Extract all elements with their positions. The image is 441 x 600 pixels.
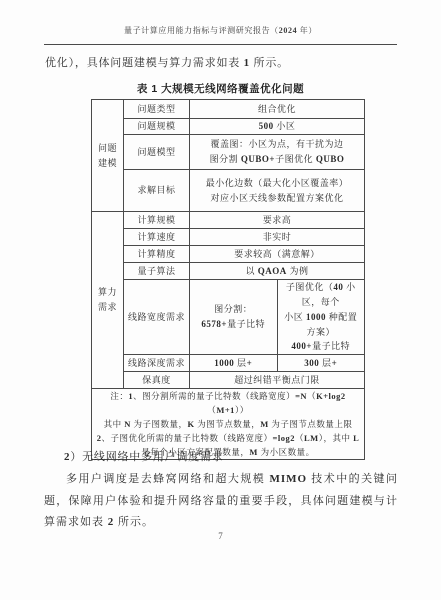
table-row: 线路深度需求 1000 层+ 300 层+ bbox=[92, 355, 365, 372]
value-line: 图分割 QUBO+子图优化 QUBO bbox=[192, 152, 362, 167]
value-line: 6578+量子比特 bbox=[192, 317, 275, 332]
label-compute-precision: 计算精度 bbox=[124, 246, 190, 263]
value-circuit-depth-subgraph: 300 层+ bbox=[277, 355, 365, 372]
label-compute-scale: 计算规模 bbox=[124, 212, 190, 229]
value-line: 子图优化（40 小区，每个 bbox=[280, 280, 363, 310]
table-row: 量子算法 以 QAOA 为例 bbox=[92, 263, 365, 280]
value-solve-goal: 最小化边数（最大化小区覆盖率） 对应小区天线参数配置方案优化 bbox=[190, 170, 365, 212]
label-fidelity: 保真度 bbox=[124, 372, 190, 389]
table-row: 线路宽度需求 图分割： 6578+量子比特 子图优化（40 小区，每个 小区 1… bbox=[92, 280, 365, 355]
note-line-2: 其中 N 为子图数量，K 为图节点数量，M 为子图节点数量上限 bbox=[94, 417, 362, 431]
label-problem-scale: 问题规模 bbox=[124, 119, 190, 135]
value-line: 400+量子比特 bbox=[280, 339, 363, 354]
label-solve-goal: 求解目标 bbox=[124, 170, 190, 212]
table-row: 算力需求 计算规模 要求高 bbox=[92, 212, 365, 229]
table-row: 求解目标 最小化边数（最大化小区覆盖率） 对应小区天线参数配置方案优化 bbox=[92, 170, 365, 212]
page-number: 7 bbox=[0, 531, 441, 541]
running-header: 量子计算应用能力指标与评测研究报告（2024 年） bbox=[0, 25, 441, 36]
value-line: 图分割： bbox=[192, 302, 275, 317]
value-problem-model: 覆盖图：小区为点，有干扰为边 图分割 QUBO+子图优化 QUBO bbox=[190, 135, 365, 170]
value-circuit-width-subgraph: 子图优化（40 小区，每个 小区 1000 种配置方案） 400+量子比特 bbox=[277, 280, 365, 355]
value-fidelity: 超过纠错平衡点门限 bbox=[190, 372, 365, 389]
label-circuit-depth: 线路深度需求 bbox=[124, 355, 190, 372]
table-row: 问题模型 覆盖图：小区为点，有干扰为边 图分割 QUBO+子图优化 QUBO bbox=[92, 135, 365, 170]
value-compute-precision: 要求较高（满意解） bbox=[190, 246, 365, 263]
value-compute-speed: 非实时 bbox=[190, 229, 365, 246]
intro-paragraph: 优化），具体问题建模与算力需求如表 1 所示。 bbox=[45, 55, 397, 71]
document-page: 量子计算应用能力指标与评测研究报告（2024 年） 优化），具体问题建模与算力需… bbox=[0, 0, 441, 600]
label-compute-speed: 计算速度 bbox=[124, 229, 190, 246]
table-row: 计算速度 非实时 bbox=[92, 229, 365, 246]
value-quantum-algorithm: 以 QAOA 为例 bbox=[190, 263, 365, 280]
table-row: 计算精度 要求较高（满意解） bbox=[92, 246, 365, 263]
value-circuit-width-partition: 图分割： 6578+量子比特 bbox=[190, 280, 278, 355]
label-problem-type: 问题类型 bbox=[124, 100, 190, 119]
table-row: 问题建模 问题类型 组合优化 bbox=[92, 100, 365, 119]
table-row: 问题规模 500 小区 bbox=[92, 119, 365, 135]
note-line-1: 注：1、图分割所需的量子比特数（线路宽度）=N（K+log2（M+1）） bbox=[94, 389, 362, 417]
group-cell-problem-modeling: 问题建模 bbox=[92, 100, 124, 212]
header-rule bbox=[44, 44, 397, 45]
value-line: 最小化边数（最大化小区覆盖率） bbox=[192, 176, 362, 191]
value-problem-type: 组合优化 bbox=[190, 100, 365, 119]
label-circuit-width: 线路宽度需求 bbox=[124, 280, 190, 355]
value-line: 覆盖图：小区为点，有干扰为边 bbox=[192, 137, 362, 152]
value-line: 对应小区天线参数配置方案优化 bbox=[192, 191, 362, 206]
section-heading: 2）无线网络中多用户调度需求 bbox=[64, 448, 224, 464]
value-compute-scale: 要求高 bbox=[190, 212, 365, 229]
table1: 问题建模 问题类型 组合优化 问题规模 500 小区 问题模型 覆盖图：小区为点… bbox=[91, 99, 365, 460]
body-paragraph: 多用户调度是去蜂窝网络和超大规模 MIMO 技术中的关键问题，保障用户体验和提升… bbox=[44, 469, 398, 534]
table-row: 保真度 超过纠错平衡点门限 bbox=[92, 372, 365, 389]
table1-caption: 表 1 大规模无线网络覆盖优化问题 bbox=[0, 81, 441, 96]
label-quantum-algorithm: 量子算法 bbox=[124, 263, 190, 280]
value-line: 小区 1000 种配置方案） bbox=[280, 310, 363, 340]
label-problem-model: 问题模型 bbox=[124, 135, 190, 170]
note-line-3: 2、子图优化所需的量子比特数（线路宽度）=log2（LM），其中 L bbox=[94, 431, 362, 445]
value-circuit-depth-partition: 1000 层+ bbox=[190, 355, 278, 372]
group-cell-compute-demand: 算力需求 bbox=[92, 212, 124, 389]
value-problem-scale: 500 小区 bbox=[190, 119, 365, 135]
